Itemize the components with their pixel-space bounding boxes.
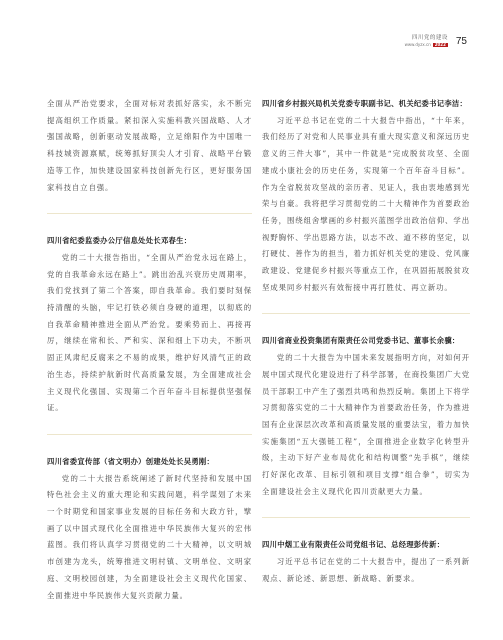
section-body: 党的二十大报告指出，“全面从严治党永远在路上，党的自我革命永远在路上”。跳出治乱… [47, 250, 252, 417]
section-body: 党的二十大报告为中国未来发展指明方向，对如何开展中国式现代化建设进行了科学部署，… [262, 350, 470, 500]
section-heading: 四川中烟工业有限责任公司党组书记、总经理彭传新： [262, 537, 470, 554]
year-badge: 2022 [433, 43, 448, 47]
right-column: 四川省乡村振兴局机关党委专职副书记、机关纪委书记李洁： 习近平总书记在党的二十大… [262, 96, 470, 588]
section-heading: 四川省纪委监委办公厅信息处处长邓春生： [47, 233, 252, 250]
page-number: 75 [456, 36, 467, 47]
website-url: www.dyzx.cn [405, 43, 431, 47]
section-divider [262, 517, 470, 518]
intro-paragraph: 全面从严治党要求，全面对标对表抓好落实，永不断完提高组织工作质量。紧扣深入实施科… [47, 96, 252, 196]
magazine-title: 四川党的建设 [412, 36, 448, 42]
section-heading: 四川省乡村振兴局机关党委专职副书记、机关纪委书记李洁： [262, 96, 470, 113]
magazine-brand: 四川党的建设 www.dyzx.cn 2022 [405, 36, 448, 47]
left-column: 全面从严治党要求，全面对标对表抓好落实，永不断完提高组织工作质量。紧扣深入实施科… [47, 96, 252, 604]
section-body: 党的二十大报告系统阐述了新时代坚持和发展中国特色社会主义的重大理论和实践问题，科… [47, 471, 252, 605]
section-body: 习近平总书记在党的二十大报告中，提出了一系列新观点、新论述、新思想、新战略、新要… [262, 554, 470, 587]
magazine-subline: www.dyzx.cn 2022 [405, 43, 448, 47]
section-heading: 四川省商业投资集团有限责任公司党委书记、董事长余骥： [262, 333, 470, 350]
section-divider [262, 313, 470, 314]
section-body: 习近平总书记在党的二十大报告中指出，“十年来，我们经历了对党和人民事业具有重大现… [262, 113, 470, 297]
page-header: 四川党的建设 www.dyzx.cn 2022 75 [405, 36, 467, 47]
section-divider [47, 434, 252, 435]
section-heading: 四川省委宣传部（省文明办）创建处处长吴勇刚： [47, 454, 252, 471]
section-divider [47, 213, 252, 214]
